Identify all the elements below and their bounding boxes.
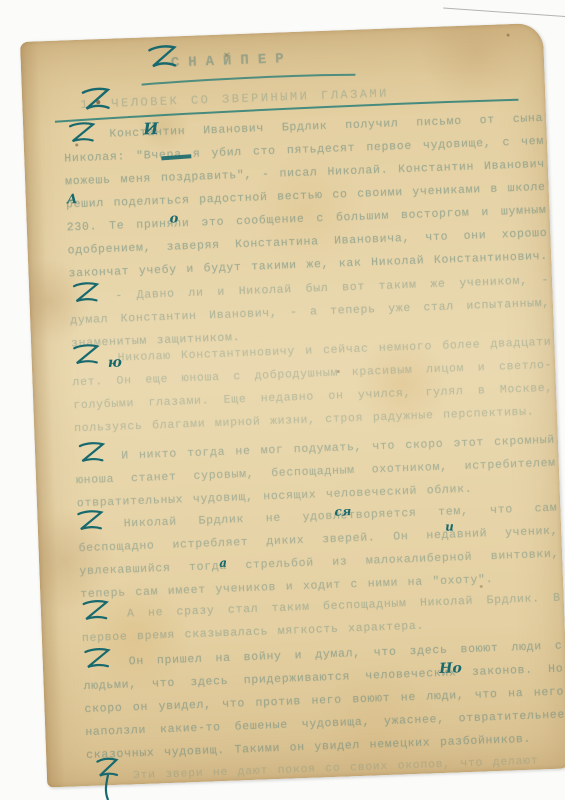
paragraph-z-mark-icon	[67, 121, 98, 146]
handwritten-correction: и	[445, 519, 454, 533]
paragraph-z-mark-icon	[94, 757, 122, 800]
paragraph-z-mark-icon	[80, 87, 113, 114]
handwritten-correction: Но	[439, 660, 462, 677]
handwritten-correction: ся	[334, 504, 351, 519]
paragraph-3: Николаю Константиновичу и сейчас немного…	[71, 331, 554, 441]
paragraph-7: Он пришел на войну и думал, что здесь во…	[82, 635, 565, 768]
paragraph-z-mark-icon	[71, 343, 102, 368]
handwritten-correction: о	[169, 211, 178, 226]
handwritten-correction: А	[67, 192, 78, 207]
paragraph-z-mark-icon	[77, 441, 108, 466]
handwritten-correction: а	[219, 556, 227, 570]
paragraph-z-mark-icon	[71, 281, 102, 306]
handwritten-correction: И	[143, 119, 159, 139]
scratch-line	[443, 7, 565, 17]
paragraph-1: Константин Иванович Брдлик получил письм…	[63, 107, 549, 285]
paragraph-z-mark-icon	[146, 44, 179, 71]
ink-specks	[20, 42, 22, 44]
page-title: СНАЙПЕР	[170, 48, 293, 75]
paragraph-z-mark-icon	[80, 599, 111, 624]
paragraph-z-mark-icon	[82, 647, 113, 672]
handwritten-correction: ю	[108, 354, 123, 371]
paragraph-z-mark-icon	[75, 509, 106, 534]
manuscript-page: СНАЙПЕР 1. ЧЕЛОВЕК СО ЗВЕРИНЫМИ ГЛАЗАМИ …	[20, 23, 565, 788]
scan-backing: СНАЙПЕР 1. ЧЕЛОВЕК СО ЗВЕРИНЫМИ ГЛАЗАМИ …	[0, 0, 565, 800]
